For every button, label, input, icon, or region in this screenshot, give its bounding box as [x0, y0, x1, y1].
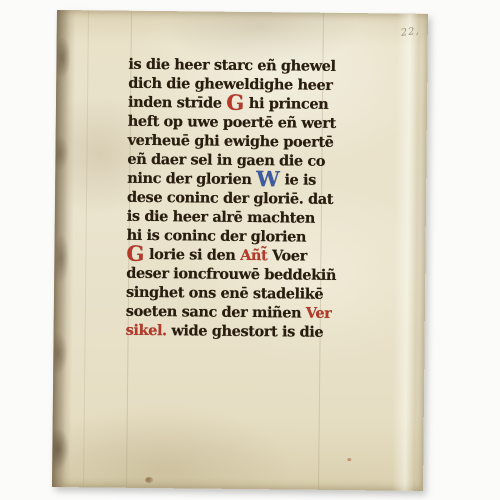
text-segment: hi is coninc der glorien: [127, 227, 307, 246]
manuscript-leaf: 22, is die heer starc eñ gheweldich die …: [52, 10, 428, 491]
ruling-line-inner-left: [83, 10, 89, 487]
text-segment: ninc der glorien: [127, 170, 256, 188]
text-segment: sikel.: [126, 322, 172, 339]
text-segment: eñ daer sel in gaen die co: [127, 151, 325, 170]
text-block: is die heer starc eñ gheweldich die ghew…: [126, 55, 414, 343]
text-segment: lorie si den: [144, 246, 240, 264]
text-segment: inden strīde: [128, 94, 226, 112]
text-segment: hi princen: [244, 95, 328, 113]
text-segment: dese coninc der gloriē. dat: [127, 189, 333, 208]
text-segment: is die heer alrē machten: [127, 208, 315, 227]
text-segment: deser ioncfrouwē beddekiñ: [126, 265, 336, 284]
text-line: sikel. wide ghestort is die: [126, 321, 411, 343]
text-segment: verheuē ghi ewighe poertē: [128, 132, 334, 151]
text-segment: Ver: [306, 305, 332, 322]
text-segment: soeten sanc der miñen: [126, 303, 306, 322]
text-segment: is die heer starc eñ ghewel: [128, 56, 335, 75]
illuminated-initial: G: [226, 90, 244, 115]
text-segment: heft op uwe poertē eñ wert: [128, 113, 336, 132]
text-segment: singhet ons enē stadelikē: [126, 284, 323, 303]
text-segment: Voer: [272, 247, 307, 264]
text-segment: ie is: [280, 171, 316, 188]
text-segment: wide ghestort is die: [171, 322, 323, 341]
illuminated-initial: W: [256, 166, 280, 191]
text-segment: Añt̃: [240, 247, 272, 264]
deckled-left-edge: [52, 10, 76, 487]
illuminated-initial: G: [126, 241, 144, 266]
stain-mark: [145, 477, 153, 483]
red-speck: [347, 458, 351, 461]
